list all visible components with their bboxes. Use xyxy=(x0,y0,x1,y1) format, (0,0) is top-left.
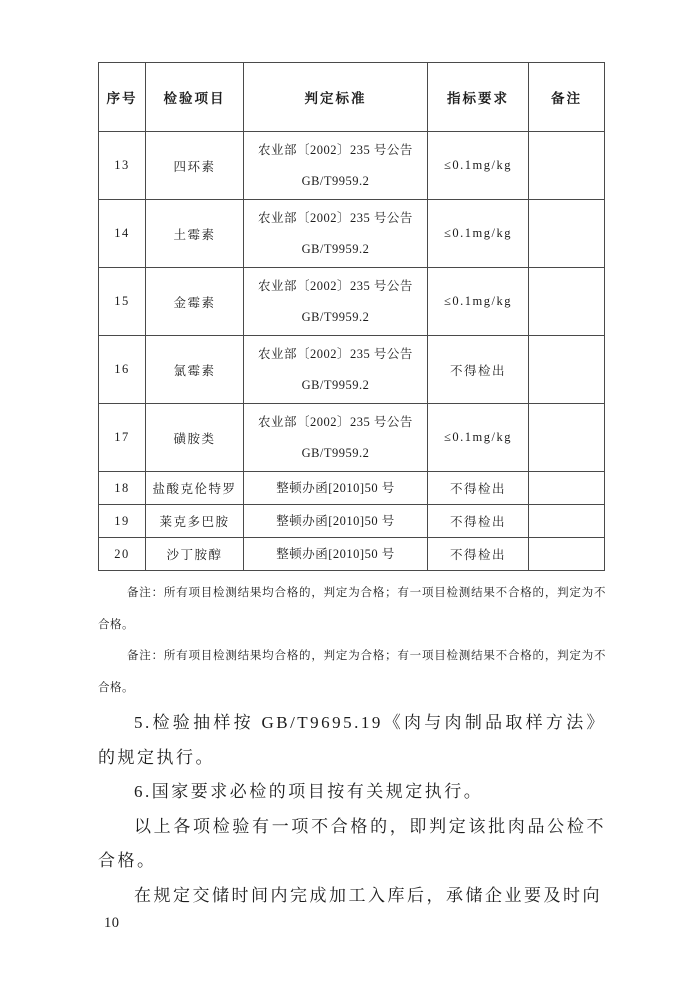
cell-remark xyxy=(529,505,605,538)
body-paragraph: 5.检验抽样按 GB/T9695.19《肉与肉制品取样方法》的规定执行。 xyxy=(98,706,606,775)
cell-inspection-item: 土霉素 xyxy=(146,200,244,268)
cell-indicator-requirement: 不得检出 xyxy=(428,472,529,505)
cell-remark xyxy=(529,268,605,336)
cell-indicator-requirement: ≤0.1mg/kg xyxy=(428,404,529,472)
cell-judgment-standard: 农业部〔2002〕235 号公告GB/T9959.2 xyxy=(244,200,428,268)
cell-serial-number: 19 xyxy=(99,505,146,538)
cell-judgment-standard: 整顿办函[2010]50 号 xyxy=(244,472,428,505)
table-row: 17磺胺类农业部〔2002〕235 号公告GB/T9959.2≤0.1mg/kg xyxy=(99,404,605,472)
standard-line-1: 整顿办函[2010]50 号 xyxy=(244,473,427,504)
cell-indicator-requirement: ≤0.1mg/kg xyxy=(428,200,529,268)
table-notes: 备注：所有项目检测结果均合格的，判定为合格；有一项目检测结果不合格的，判定为不合… xyxy=(98,578,606,704)
inspection-item-text: 氯霉素 xyxy=(146,361,243,379)
inspection-table-container: 序号 检验项目 判定标准 指标要求 备注 13四环素农业部〔2002〕235 号… xyxy=(98,62,605,571)
indicator-requirement-text: ≤0.1mg/kg xyxy=(428,430,528,445)
body-paragraphs: 5.检验抽样按 GB/T9695.19《肉与肉制品取样方法》的规定执行。6.国家… xyxy=(98,706,606,913)
standard-line-2: GB/T9959.2 xyxy=(244,166,427,197)
cell-judgment-standard: 整顿办函[2010]50 号 xyxy=(244,538,428,571)
standard-line-1: 农业部〔2002〕235 号公告 xyxy=(244,203,427,234)
cell-indicator-requirement: 不得检出 xyxy=(428,505,529,538)
standard-line-2: GB/T9959.2 xyxy=(244,370,427,401)
header-indicator-requirement: 指标要求 xyxy=(428,63,529,132)
table-row: 20沙丁胺醇整顿办函[2010]50 号不得检出 xyxy=(99,538,605,571)
cell-indicator-requirement: 不得检出 xyxy=(428,538,529,571)
page-number: 10 xyxy=(104,913,120,933)
standard-line-2: GB/T9959.2 xyxy=(244,234,427,265)
body-paragraph: 在规定交储时间内完成加工入库后，承储企业要及时向 xyxy=(98,879,606,914)
cell-inspection-item: 磺胺类 xyxy=(146,404,244,472)
standard-line-1: 农业部〔2002〕235 号公告 xyxy=(244,339,427,370)
cell-judgment-standard: 农业部〔2002〕235 号公告GB/T9959.2 xyxy=(244,336,428,404)
table-row: 15金霉素农业部〔2002〕235 号公告GB/T9959.2≤0.1mg/kg xyxy=(99,268,605,336)
cell-serial-number: 14 xyxy=(99,200,146,268)
document-page: 序号 检验项目 判定标准 指标要求 备注 13四环素农业部〔2002〕235 号… xyxy=(0,0,700,989)
table-row: 19莱克多巴胺整顿办函[2010]50 号不得检出 xyxy=(99,505,605,538)
cell-serial-number: 15 xyxy=(99,268,146,336)
cell-remark xyxy=(529,336,605,404)
cell-judgment-standard: 农业部〔2002〕235 号公告GB/T9959.2 xyxy=(244,132,428,200)
indicator-requirement-text: ≤0.1mg/kg xyxy=(428,294,528,309)
body-paragraph: 以上各项检验有一项不合格的，即判定该批肉品公检不合格。 xyxy=(98,810,606,879)
header-remark: 备注 xyxy=(529,63,605,132)
standard-line-2: GB/T9959.2 xyxy=(244,302,427,333)
indicator-requirement-text: 不得检出 xyxy=(428,512,528,530)
inspection-item-text: 磺胺类 xyxy=(146,429,243,447)
cell-remark xyxy=(529,538,605,571)
inspection-table: 序号 检验项目 判定标准 指标要求 备注 13四环素农业部〔2002〕235 号… xyxy=(98,62,605,571)
cell-serial-number: 13 xyxy=(99,132,146,200)
inspection-item-text: 四环素 xyxy=(146,157,243,175)
header-judgment-standard: 判定标准 xyxy=(244,63,428,132)
cell-serial-number: 16 xyxy=(99,336,146,404)
cell-remark xyxy=(529,200,605,268)
inspection-table-body: 13四环素农业部〔2002〕235 号公告GB/T9959.2≤0.1mg/kg… xyxy=(99,132,605,571)
cell-indicator-requirement: ≤0.1mg/kg xyxy=(428,132,529,200)
body-paragraph: 6.国家要求必检的项目按有关规定执行。 xyxy=(98,775,606,810)
standard-line-2: GB/T9959.2 xyxy=(244,438,427,469)
indicator-requirement-text: 不得检出 xyxy=(428,479,528,497)
table-row: 16氯霉素农业部〔2002〕235 号公告GB/T9959.2不得检出 xyxy=(99,336,605,404)
indicator-requirement-text: ≤0.1mg/kg xyxy=(428,158,528,173)
inspection-item-text: 莱克多巴胺 xyxy=(146,512,243,530)
table-row: 13四环素农业部〔2002〕235 号公告GB/T9959.2≤0.1mg/kg xyxy=(99,132,605,200)
standard-line-1: 农业部〔2002〕235 号公告 xyxy=(244,135,427,166)
table-note: 备注：所有项目检测结果均合格的，判定为合格；有一项目检测结果不合格的，判定为不合… xyxy=(98,578,606,641)
cell-inspection-item: 盐酸克伦特罗 xyxy=(146,472,244,505)
table-row: 18盐酸克伦特罗整顿办函[2010]50 号不得检出 xyxy=(99,472,605,505)
cell-inspection-item: 四环素 xyxy=(146,132,244,200)
cell-judgment-standard: 农业部〔2002〕235 号公告GB/T9959.2 xyxy=(244,404,428,472)
table-header-row: 序号 检验项目 判定标准 指标要求 备注 xyxy=(99,63,605,132)
inspection-item-text: 金霉素 xyxy=(146,293,243,311)
cell-indicator-requirement: ≤0.1mg/kg xyxy=(428,268,529,336)
cell-serial-number: 18 xyxy=(99,472,146,505)
cell-remark xyxy=(529,404,605,472)
cell-inspection-item: 氯霉素 xyxy=(146,336,244,404)
cell-inspection-item: 金霉素 xyxy=(146,268,244,336)
cell-remark xyxy=(529,472,605,505)
cell-inspection-item: 沙丁胺醇 xyxy=(146,538,244,571)
cell-judgment-standard: 农业部〔2002〕235 号公告GB/T9959.2 xyxy=(244,268,428,336)
inspection-item-text: 土霉素 xyxy=(146,225,243,243)
inspection-item-text: 沙丁胺醇 xyxy=(146,545,243,563)
cell-judgment-standard: 整顿办函[2010]50 号 xyxy=(244,505,428,538)
table-row: 14土霉素农业部〔2002〕235 号公告GB/T9959.2≤0.1mg/kg xyxy=(99,200,605,268)
indicator-requirement-text: 不得检出 xyxy=(428,545,528,563)
standard-line-1: 农业部〔2002〕235 号公告 xyxy=(244,271,427,302)
cell-indicator-requirement: 不得检出 xyxy=(428,336,529,404)
header-inspection-item: 检验项目 xyxy=(146,63,244,132)
table-note: 备注：所有项目检测结果均合格的，判定为合格；有一项目检测结果不合格的，判定为不合… xyxy=(98,641,606,704)
cell-serial-number: 17 xyxy=(99,404,146,472)
header-serial-number: 序号 xyxy=(99,63,146,132)
indicator-requirement-text: ≤0.1mg/kg xyxy=(428,226,528,241)
indicator-requirement-text: 不得检出 xyxy=(428,361,528,379)
standard-line-1: 整顿办函[2010]50 号 xyxy=(244,539,427,570)
standard-line-1: 整顿办函[2010]50 号 xyxy=(244,506,427,537)
cell-remark xyxy=(529,132,605,200)
inspection-item-text: 盐酸克伦特罗 xyxy=(146,479,243,497)
standard-line-1: 农业部〔2002〕235 号公告 xyxy=(244,407,427,438)
cell-serial-number: 20 xyxy=(99,538,146,571)
cell-inspection-item: 莱克多巴胺 xyxy=(146,505,244,538)
